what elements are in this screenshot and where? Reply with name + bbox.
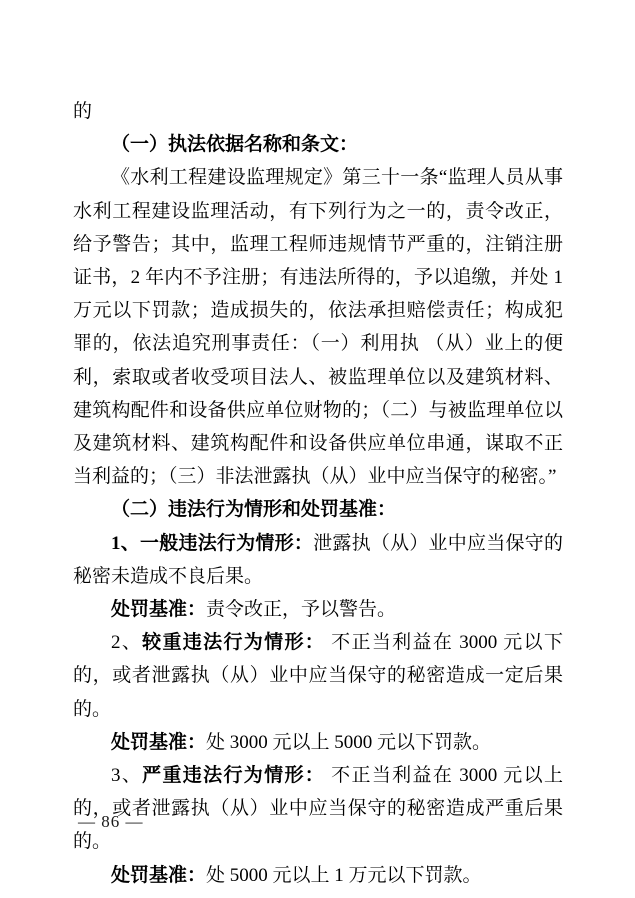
label-penalty-basis: 处罚基准： [111, 599, 206, 620]
text-run: 处 3000 元以上 5000 元以下罚款。 [206, 732, 491, 753]
paragraph-penalty-3: 处罚基准：处 5000 元以上 1 万元以下罚款。 [73, 859, 563, 892]
page-footer: — 86 — [78, 812, 144, 832]
text-run: 处 5000 元以上 1 万元以下罚款。 [206, 865, 482, 886]
page-number: — 86 — [78, 812, 144, 831]
list-number: 3、 [111, 765, 142, 786]
text-run: 《水利工程建设监理规定》第三十一条“监理人员从事水利工程建设监理活动，有下列行为… [73, 167, 563, 487]
label-severe-violation: 严重违法行为情形： [142, 765, 325, 786]
label-general-violation: 1、一般违法行为情形： [111, 533, 313, 554]
heading-violation-penalty: （二）违法行为情形和处罚基准： [73, 493, 563, 526]
paragraph-penalty-1: 处罚基准：责令改正，予以警告。 [73, 593, 563, 626]
label-penalty-basis: 处罚基准： [111, 865, 206, 886]
paragraph-regulation-text: 《水利工程建设监理规定》第三十一条“监理人员从事水利工程建设监理活动，有下列行为… [73, 161, 563, 493]
text-run: 的 [73, 101, 92, 122]
label-penalty-basis: 处罚基准： [111, 732, 206, 753]
text-run: 责令改正，予以警告。 [206, 599, 396, 620]
paragraph-severe-violation: 3、严重违法行为情形： 不正当利益在 3000 元以上的，或者泄露执（从）业中应… [73, 759, 563, 859]
label-moderate-violation: 较重违法行为情形： [142, 632, 325, 653]
paragraph-moderate-violation: 2、较重违法行为情形： 不正当利益在 3000 元以下的，或者泄露执（从）业中应… [73, 626, 563, 726]
paragraph-continuation: 的 [73, 95, 563, 128]
heading-legal-basis: （一）执法依据名称和条文： [73, 128, 563, 161]
paragraph-general-violation: 1、一般违法行为情形：泄露执（从）业中应当保守的秘密未造成不良后果。 [73, 527, 563, 593]
document-body: 的 （一）执法依据名称和条文： 《水利工程建设监理规定》第三十一条“监理人员从事… [73, 95, 563, 892]
list-number: 2、 [111, 632, 142, 653]
heading-text: （一）执法依据名称和条文： [111, 134, 358, 155]
document-page: 的 （一）执法依据名称和条文： 《水利工程建设监理规定》第三十一条“监理人员从事… [0, 0, 635, 898]
paragraph-penalty-2: 处罚基准：处 3000 元以上 5000 元以下罚款。 [73, 726, 563, 759]
heading-text: （二）违法行为情形和处罚基准： [111, 499, 396, 520]
